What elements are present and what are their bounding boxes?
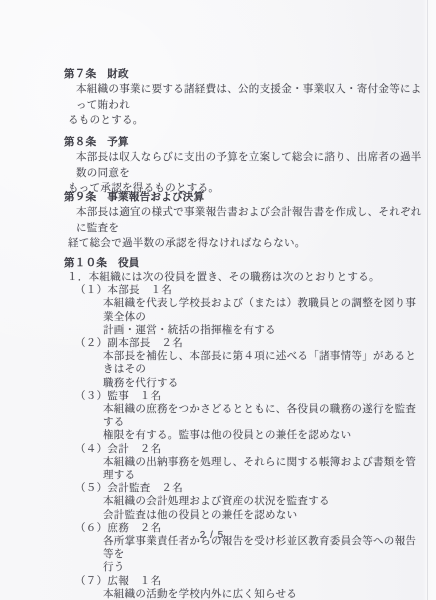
article-line: 本組織の事業に要する諸経費は、公的支援金・事業収入・寄付金等によって賄われ bbox=[0, 82, 424, 113]
article-heading: 第８条 予算 bbox=[0, 135, 424, 150]
scanned-page: 第７条 財政本組織の事業に要する諸経費は、公的支援金・事業収入・寄付金等によって… bbox=[0, 0, 436, 600]
article-line: 本組織の庶務をつかさどるとともに、各役員の職務の遂行を監査する bbox=[0, 403, 424, 429]
article-line: （３）監事 １名 bbox=[0, 390, 424, 403]
article: 第８条 予算本部長は収入ならびに支出の予算を立案して総会に諮り、出席者の過半数の… bbox=[0, 135, 424, 197]
article-line: 本組織の活動を学校内外に広く知らせる bbox=[0, 588, 424, 600]
article-line: 本部長は適宜の様式で事業報告書および会計報告書を作成し、それぞれに監査を bbox=[0, 205, 424, 236]
article: 第１０条 役員１．本組織には次の役員を置き、その職務は次のとおりとする。（１）本… bbox=[0, 256, 424, 600]
article-line: 計画・運営・統括の指揮権を有する bbox=[0, 324, 424, 337]
article-line: 行う bbox=[0, 561, 424, 574]
article-line: 会計監査は他の役員との兼任を認めない bbox=[0, 509, 424, 522]
article-line: 本組織の会計処理および資産の状況を監査する bbox=[0, 495, 424, 508]
article-line: （７）広報 １名 bbox=[0, 575, 424, 588]
scan-edge-line bbox=[427, 0, 428, 600]
article-line: １．本組織には次の役員を置き、その職務は次のとおりとする。 bbox=[0, 271, 424, 284]
article: 第９条 事業報告および決算本部長は適宜の様式で事業報告書および会計報告書を作成し… bbox=[0, 190, 424, 252]
article-line: （４）会計 ２名 bbox=[0, 443, 424, 456]
article-line: （５）会計監査 ２名 bbox=[0, 482, 424, 495]
article-line: 経て総会で過半数の承認を得なければならない。 bbox=[0, 236, 424, 252]
article-line: （１）本部長 １名 bbox=[0, 284, 424, 297]
article-heading: 第１０条 役員 bbox=[0, 256, 424, 271]
article-line: 本部長は収入ならびに支出の予算を立案して総会に諮り、出席者の過半数の同意を bbox=[0, 150, 424, 181]
article-line: 権限を有する。監事は他の役員との兼任を認めない bbox=[0, 429, 424, 442]
article-line: るものとする。 bbox=[0, 113, 424, 129]
page-number: 2 / 5 bbox=[0, 530, 424, 541]
article-heading: 第７条 財政 bbox=[0, 67, 424, 82]
article-heading: 第９条 事業報告および決算 bbox=[0, 190, 424, 205]
article-line: （２）副本部長 ２名 bbox=[0, 337, 424, 350]
article: 第７条 財政本組織の事業に要する諸経費は、公的支援金・事業収入・寄付金等によって… bbox=[0, 67, 424, 129]
article-line: 本組織の出納事務を処理し、それらに関する帳簿および書類を管理する bbox=[0, 456, 424, 482]
article-line: 本部長を補佐し、本部長に第４項に述べる「諸事情等」があるときはその bbox=[0, 350, 424, 376]
article-line: 本組織を代表し学校長および（または）教職員との調整を図り事業全体の bbox=[0, 297, 424, 323]
article-line: 職務を代行する bbox=[0, 377, 424, 390]
